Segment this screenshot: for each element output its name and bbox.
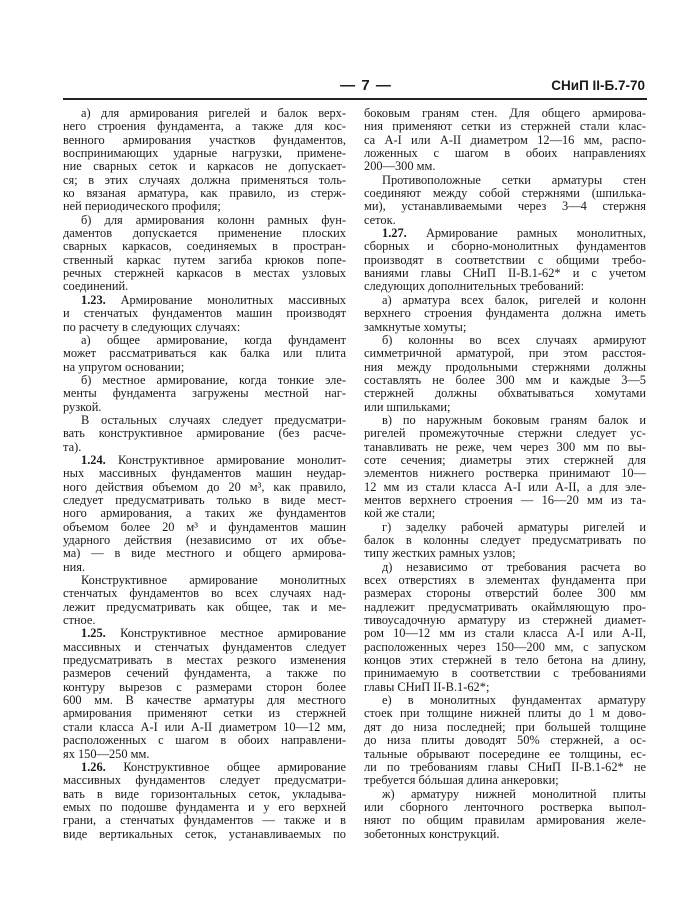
text-line: ния между продольными стержнями должны (364, 361, 646, 374)
text-line: няют по общим правилам армирования желе- (364, 814, 646, 827)
text-line: ма) — в виде местного и общего армирова- (63, 547, 346, 560)
text-line: рузкой. (63, 401, 346, 414)
paragraph-rest: В остальных случаях следует предусматри-… (63, 414, 346, 454)
document-page: — 7 — СНиП II-Б.7-70 а) для армирования … (0, 0, 700, 910)
text-line: ного действия объемом до 20 м³, как прав… (63, 481, 346, 494)
text-line: ного армирования, а таких же фундаментов (63, 507, 346, 520)
text-line: тивоусадочную арматуру из стержней диаме… (364, 614, 646, 627)
text-line: ром 10—12 мм из стали класса А-I или А-I… (364, 627, 646, 640)
text-line: до низа плиты доводят 50% стержней, а ос… (364, 734, 646, 747)
text-line: принимаемую в соответствии с требованиям… (364, 667, 646, 680)
text-line: воспринимающих ударные нагрузки, примене… (63, 147, 346, 160)
text-line: речных стержней каркасов в местах узловы… (63, 267, 346, 280)
text-line: кой же стали; (364, 507, 646, 520)
text-line: производят в соответствии с общими требо… (364, 254, 646, 267)
text-line: а) арматура всех балок, ригелей и колонн (364, 294, 646, 307)
header-rule (63, 98, 647, 100)
text-line: ственный каркас путем загиба крюков попе… (63, 254, 346, 267)
paragraph-p125: 1.25. Конструктивное местное армирование… (63, 627, 346, 760)
text-line: симметричной арматурой, при этом расстоя… (364, 347, 646, 360)
text-line: ригелей промежуточные стержни следует ус… (364, 427, 646, 440)
text-line: лежит предусматривать как общее, так и м… (63, 601, 346, 614)
text-line: или шпильками; (364, 401, 646, 414)
paragraph-p127: 1.27. Армирование рамных монолитных,сбор… (364, 227, 646, 294)
paragraph-p126: 1.26. Конструктивное общее армированиема… (63, 761, 346, 841)
text-line: и стенчатых фундаментов машин производят (63, 307, 346, 320)
text-line: стоек при толщине нижней плиты до 1 м до… (364, 707, 646, 720)
text-line: г) заделку рабочей арматуры ригелей и (364, 521, 646, 534)
text-line: 1.25. Конструктивное местное армирование (63, 627, 346, 640)
document-code: СНиП II-Б.7-70 (551, 78, 645, 93)
text-line: зобетонных конструкций. (364, 828, 646, 841)
text-line: ко вязаная арматура, как правило, из сте… (63, 187, 346, 200)
text-line: контуру вырезов с размерами сторон более (63, 681, 346, 694)
text-line: В остальных случаях следует предусматри- (63, 414, 346, 427)
text-line: 1.23. Армирование монолитных массивных (63, 294, 346, 307)
text-line: верхнего строения фундамента должна имет… (364, 307, 646, 320)
text-line: по расчету в следующих случаях: (63, 321, 346, 334)
text-line: расположенных с шагом в обоих направлени… (63, 734, 346, 747)
text-line: Конструктивное армирование монолитных (63, 574, 346, 587)
text-line: надлежит предусматривать окаймляющую про… (364, 601, 646, 614)
text-line: ся; в этих случаях должна применяться то… (63, 174, 346, 187)
right-column: боковым граням стен. Для общего армирова… (364, 107, 646, 841)
text-line: требуется бóльшая длина анкеровки; (364, 774, 646, 787)
text-line: са А-I или А-II диаметром 12—16 мм, расп… (364, 134, 646, 147)
text-line: стержней должны обхватываться хомутами (364, 387, 646, 400)
section-number: 1.26. (81, 761, 106, 774)
text-line: емых по подошве фундамента и у его верхн… (63, 801, 346, 814)
text-line: 1.26. Конструктивное общее армирование (63, 761, 346, 774)
text-line: грани, а стенчатых фундаментов — также и… (63, 814, 346, 827)
text-line: ли по требованиям главы СНиП II-В.1-62* … (364, 761, 646, 774)
paragraph-r_b: б) колонны во всех случаях армируютсимме… (364, 334, 646, 414)
text-line: б) для армирования колонн рамных фун- (63, 214, 346, 227)
text-line: составлять не более 300 мм и каждые 3—5 (364, 374, 646, 387)
text-line: размерах стороны отверстий более 300 мм (364, 587, 646, 600)
text-line: стали класса А-I или А-II диаметром 10—1… (63, 721, 346, 734)
text-line: предусматривать в местах резкого изменен… (63, 654, 346, 667)
page-number: — 7 — (330, 77, 402, 94)
text-line: ложенных с шагом в обоих направлениях (364, 147, 646, 160)
text-line: соединяют между собой стержнями (шпилька… (364, 187, 646, 200)
paragraph-r_zh: ж) арматуру нижней монолитной плитыили с… (364, 788, 646, 841)
text-line: массивных и стенчатых фундаментов следуе… (63, 641, 346, 654)
text-line: б) колонны во всех случаях армируют (364, 334, 646, 347)
paragraph-a2: а) общее армирование, когда фундаментмож… (63, 334, 346, 374)
text-line: ж) арматуру нижней монолитной плиты (364, 788, 646, 801)
paragraph-b1: б) для армирования колонн рамных фун-дам… (63, 214, 346, 294)
text-line: соединений. (63, 280, 346, 293)
text-line: расположенных через 150—200 мм, с запуск… (364, 641, 646, 654)
text-line: ней периодического профиля; (63, 200, 346, 213)
paragraph-r_g: г) заделку рабочей арматуры ригелей ибал… (364, 521, 646, 561)
paragraph-r_v: в) по наружным боковым граням балок ириг… (364, 414, 646, 521)
section-number: 1.23. (81, 294, 106, 307)
text-line: д) независимо от требования расчета во (364, 561, 646, 574)
paragraph-r_e: е) в монолитных фундаментах арматурустое… (364, 694, 646, 787)
text-line: вать конструктивное армирование (без рас… (63, 427, 346, 440)
text-line: на упругом основании; (63, 361, 346, 374)
text-line: тальные обрывают посередине ее толщины, … (364, 748, 646, 761)
text-line: а) общее армирование, когда фундамент (63, 334, 346, 347)
text-line: или сборного ленточного ростверка выпол- (364, 801, 646, 814)
text-line: даментов допускается применение плоских (63, 227, 346, 240)
text-line: ментов верхнего строения — 16—20 мм из т… (364, 494, 646, 507)
text-line: концов этих стержней в тело бетона на дл… (364, 654, 646, 667)
text-line: сеток. (364, 214, 646, 227)
text-line: боковым граням стен. Для общего армирова… (364, 107, 646, 120)
text-line: балок в колонны следует предусматривать … (364, 534, 646, 547)
paragraph-b2: б) местное армирование, когда тонкие эле… (63, 374, 346, 414)
text-line: 12 мм из стали класса А-I или А-II, а дл… (364, 481, 646, 494)
text-line: танавливать не реже, чем через 300 мм по… (364, 441, 646, 454)
section-number: 1.25. (81, 627, 106, 640)
text-line: вать в виде горизонтальных сеток, уклады… (63, 788, 346, 801)
text-line: ния. (63, 561, 346, 574)
paragraph-p123: 1.23. Армирование монолитных массивныхи … (63, 294, 346, 334)
text-line: типу жестких рамных узлов; (364, 547, 646, 560)
text-line: сварных каркасов, соединяемых в простран… (63, 240, 346, 253)
text-line: ударного действия (независимо от их объе… (63, 534, 346, 547)
text-line: в) по наружным боковым граням балок и (364, 414, 646, 427)
text-line: ния применяют сетки из стержней стали кл… (364, 120, 646, 133)
text-line: та). (63, 441, 346, 454)
text-line: него строения фундамента, а также для ко… (63, 120, 346, 133)
text-line: Противоположные сетки арматуры стен (364, 174, 646, 187)
text-line: виде вертикальных сеток, устанавливаемых… (63, 828, 346, 841)
paragraph-r_d: д) независимо от требования расчета вовс… (364, 561, 646, 694)
text-line: армирования применяют сетки из стержней (63, 707, 346, 720)
text-line: е) в монолитных фундаментах арматуру (364, 694, 646, 707)
paragraph-konstr: Конструктивное армирование монолитныхсте… (63, 574, 346, 627)
text-line: массивных фундаментов следует предусматр… (63, 774, 346, 787)
section-number: 1.27. (382, 227, 407, 240)
paragraph-r_a: а) арматура всех балок, ригелей и колонн… (364, 294, 646, 334)
text-line: ных массивных фундаментов машин неудар- (63, 467, 346, 480)
text-line: а) для армирования ригелей и балок верх- (63, 107, 346, 120)
text-line: замкнутые хомуты; (364, 321, 646, 334)
text-line: 1.27. Армирование рамных монолитных, (364, 227, 646, 240)
paragraph-a1: а) для армирования ригелей и балок верх-… (63, 107, 346, 214)
text-line: может рассматриваться как балка или плит… (63, 347, 346, 360)
text-line: 200—300 мм. (364, 160, 646, 173)
text-line: всех отверстиях в элементах фундамента п… (364, 574, 646, 587)
text-line: ях 150—250 мм. (63, 748, 346, 761)
paragraph-cont126: боковым граням стен. Для общего армирова… (364, 107, 646, 174)
text-line: следует предусматривать только в виде ме… (63, 494, 346, 507)
text-line: стное. (63, 614, 346, 627)
paragraph-protiv: Противоположные сетки арматуры стенсоеди… (364, 174, 646, 227)
text-line: 1.24. Конструктивное армирование монолит… (63, 454, 346, 467)
text-line: 600 мм. В качестве арматуры для местного (63, 694, 346, 707)
text-line: размеров сечений фундамента, а также по (63, 667, 346, 680)
text-line: ние сварных сеток и каркасов не допускае… (63, 160, 346, 173)
text-line: дят до низа последней; при большей толщи… (364, 721, 646, 734)
text-line: ми), устанавливаемыми через 3—4 стержня (364, 200, 646, 213)
section-number: 1.24. (81, 454, 106, 467)
text-line: следующих дополнительных требований: (364, 280, 646, 293)
text-line: менты фундамента загружены местной наг- (63, 387, 346, 400)
text-line: венного армирования участков фундаментов… (63, 134, 346, 147)
text-line: стенчатых фундаментов во всех случаях на… (63, 587, 346, 600)
text-line: сборных и сборно-монолитных фундаментов (364, 240, 646, 253)
left-column: а) для армирования ригелей и балок верх-… (63, 107, 346, 841)
text-line: главы СНиП II-В.1-62*; (364, 681, 646, 694)
text-line: элементов нижнего ростверка принимают 10… (364, 467, 646, 480)
text-line: соте сечения; диаметры этих стержней для (364, 454, 646, 467)
text-line: ваниями главы СНиП II-В.1-62* и с учетом (364, 267, 646, 280)
text-line: объемом более 20 м³ и фундаментов машин (63, 521, 346, 534)
paragraph-p124: 1.24. Конструктивное армирование монолит… (63, 454, 346, 574)
text-line: б) местное армирование, когда тонкие эле… (63, 374, 346, 387)
